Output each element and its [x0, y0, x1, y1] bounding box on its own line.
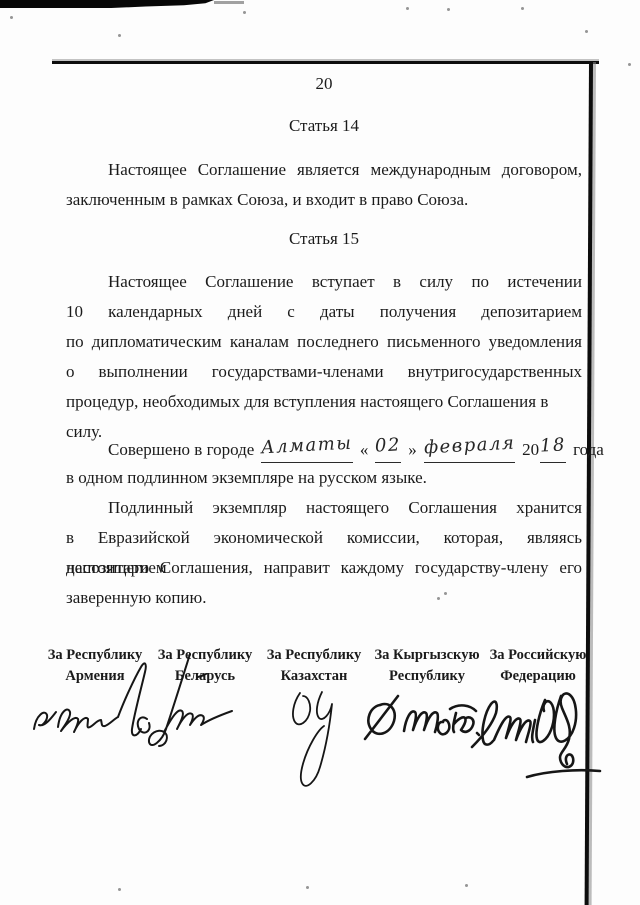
scan-speck: [628, 63, 631, 66]
signature-russia-ink: [470, 683, 604, 795]
article-15-line: по дипломатическим каналам последнего пи…: [66, 327, 582, 357]
signature-kazakhstan-ink: [278, 683, 350, 801]
month-blank: февраля: [424, 435, 515, 463]
article-15-line: Настоящее Соглашение вступает в силу по …: [66, 267, 582, 297]
day-blank: 02: [375, 435, 401, 463]
city-blank: Алматы: [261, 435, 352, 463]
scan-edge-smudge: [0, 0, 214, 8]
execution-date-line: Совершено в городе Алматы « 02 » февраля…: [66, 431, 582, 463]
quote-open: «: [360, 437, 369, 463]
scan-edge-smudge-tail: [214, 1, 244, 4]
signature-block-kyrgyzstan: За Кыргызскую Республику: [370, 645, 484, 687]
scan-speck: [585, 30, 588, 33]
scan-speck: [465, 884, 468, 887]
signatory-label: За Республику: [258, 645, 370, 666]
month-handwritten: февраля: [423, 433, 515, 460]
article-15-line: о выполнении государствами-членами внутр…: [66, 357, 582, 387]
depositary-line: настоящего Соглашения, направит каждому …: [66, 553, 582, 583]
page-content: 20 Статья 14 Настоящее Соглашение являет…: [66, 70, 582, 613]
execution-line-2: в одном подлинном экземпляре на русском …: [66, 463, 582, 493]
depositary-line: Подлинный экземпляр настоящего Соглашени…: [66, 493, 582, 523]
article-14-paragraph: Настоящее Соглашение является международ…: [66, 155, 582, 215]
signature-block-kazakhstan: За Республику Казахстан: [258, 645, 370, 687]
depositary-paragraph: Подлинный экземпляр настоящего Соглашени…: [66, 493, 582, 613]
article-14-line: Настоящее Соглашение является международ…: [66, 155, 582, 185]
scan-speck: [10, 16, 13, 19]
scan-speck: [118, 888, 121, 891]
article-15-line: процедур, необходимых для вступления нас…: [66, 387, 582, 417]
quote-close: »: [408, 437, 417, 463]
year-group: 20 18: [522, 435, 566, 463]
page-number: 20: [66, 72, 582, 96]
signature-belarus-ink: [144, 651, 236, 769]
scanned-document-page: 20 Статья 14 Настоящее Соглашение являет…: [0, 0, 640, 905]
day-handwritten: 02: [375, 434, 402, 457]
signature-kyrgyzstan-ink: [362, 689, 482, 749]
depositary-line: в Евразийской экономической комиссии, ко…: [66, 523, 582, 553]
signature-block-belarus: За Республику Беларусь: [152, 645, 258, 687]
scan-speck: [447, 8, 450, 11]
year-blank: 18: [540, 435, 566, 463]
signatory-label: Республику: [370, 666, 484, 687]
depositary-line: заверенную копию.: [66, 583, 582, 613]
page-top-edge-line: [52, 61, 599, 64]
signatory-label: За Кыргызскую: [370, 645, 484, 666]
article-14-heading: Статья 14: [66, 114, 582, 138]
signature-block-russia: За Российскую Федерацию: [484, 645, 592, 687]
scan-speck: [243, 11, 246, 14]
scan-speck: [521, 7, 524, 10]
article-14-line: заключенным в рамках Союза, и входит в п…: [66, 185, 582, 215]
year-printed: 20: [522, 437, 539, 463]
signatory-label: За Российскую: [484, 645, 592, 666]
article-15-heading: Статья 15: [66, 227, 582, 251]
scan-speck: [118, 34, 121, 37]
city-handwritten: Алматы: [261, 433, 354, 460]
scan-speck: [306, 886, 309, 889]
signature-row: За Республику Армения За Республику Бела…: [38, 645, 592, 687]
scan-speck: [406, 7, 409, 10]
year-word: года: [573, 437, 604, 463]
execution-prefix: Совершено в городе: [108, 437, 254, 463]
year-handwritten: 18: [540, 434, 567, 457]
signature-block-armenia: За Республику Армения: [38, 645, 152, 687]
article-15-line: 10 календарных дней с даты получения деп…: [66, 297, 582, 327]
article-15-paragraph: Настоящее Соглашение вступает в силу по …: [66, 267, 582, 417]
